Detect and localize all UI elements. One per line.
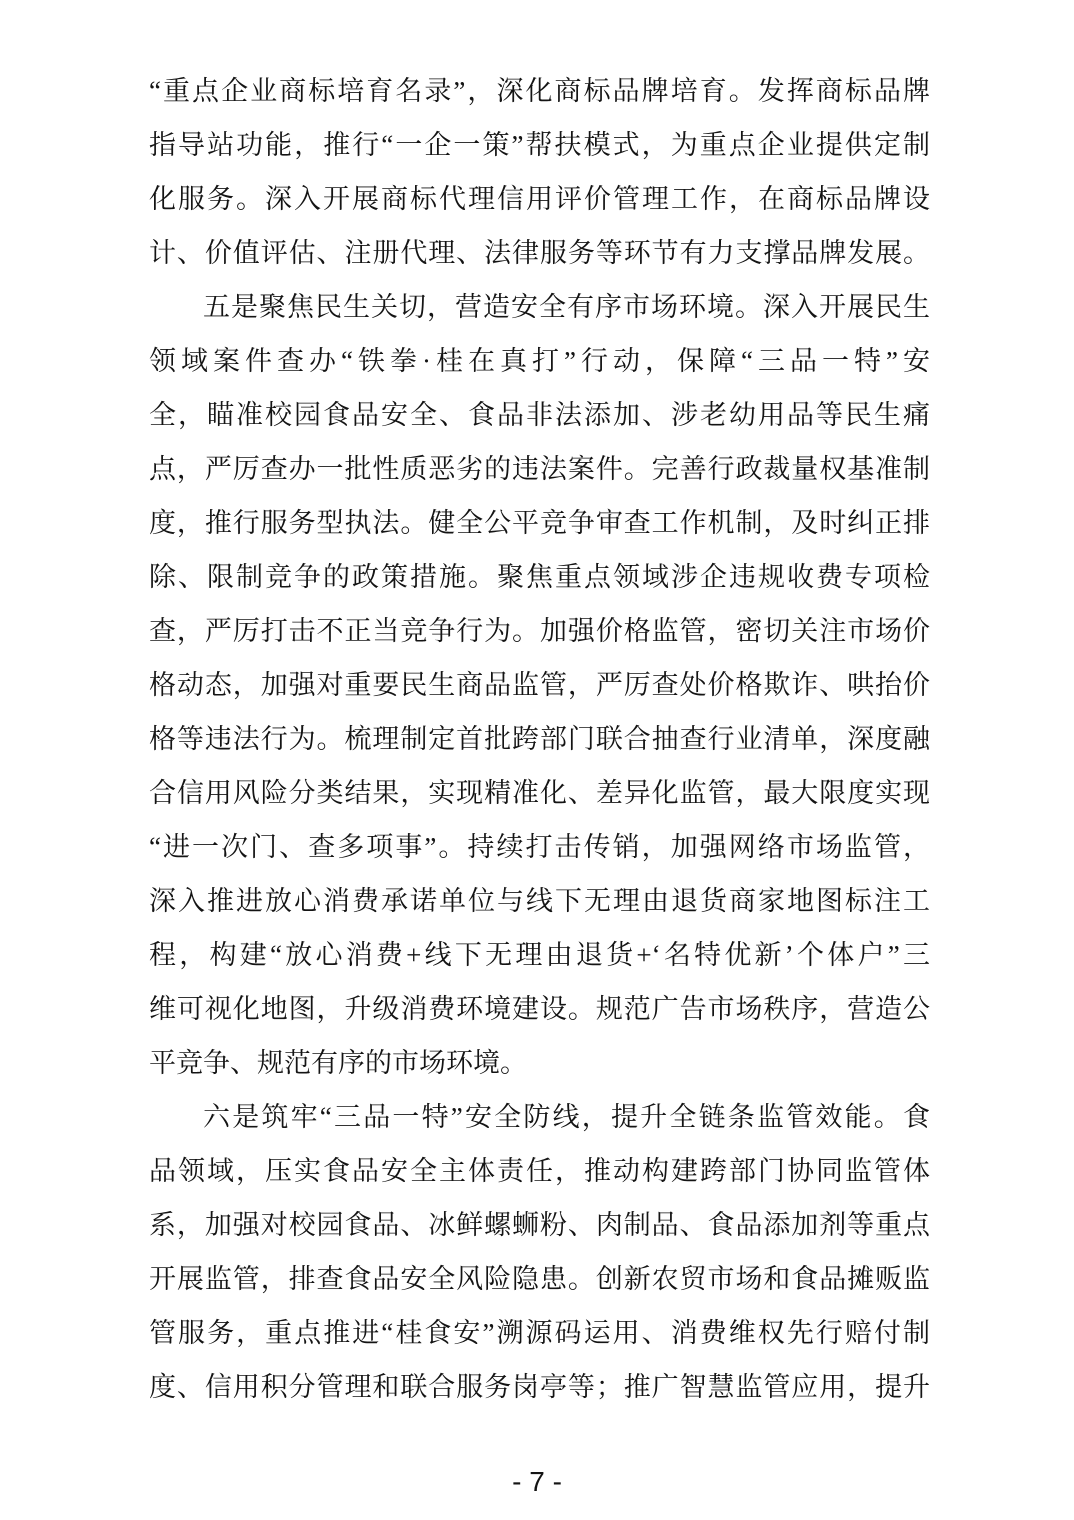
text-line: 系，加强对校园食品、冰鲜螺蛳粉、肉制品、食品添加剂等重点 xyxy=(149,1198,930,1252)
document-page: “重点企业商标培育名录”，深化商标品牌培育。发挥商标品牌指导站功能，推行“一企一… xyxy=(0,0,1074,1520)
page-footer: - 7 - xyxy=(0,1462,1074,1502)
text-line: 五是聚焦民生关切，营造安全有序市场环境。深入开展民生 xyxy=(149,280,930,334)
text-line: 平竞争、规范有序的市场环境。 xyxy=(149,1036,930,1090)
text-line: 领域案件查办“铁拳·桂在真打”行动，保障“三品一特”安 xyxy=(149,334,930,388)
text-line: 度、信用积分管理和联合服务岗亭等；推广智慧监管应用，提升 xyxy=(149,1360,930,1414)
text-line: 开展监管，排查食品安全风险隐患。创新农贸市场和食品摊贩监 xyxy=(149,1252,930,1306)
text-line: 查，严厉打击不正当竞争行为。加强价格监管，密切关注市场价 xyxy=(149,604,930,658)
text-line: 指导站功能，推行“一企一策”帮扶模式，为重点企业提供定制 xyxy=(149,118,930,172)
paragraph: 五是聚焦民生关切，营造安全有序市场环境。深入开展民生领域案件查办“铁拳·桂在真打… xyxy=(149,280,930,1090)
text-line: 管服务，重点推进“桂食安”溯源码运用、消费维权先行赔付制 xyxy=(149,1306,930,1360)
text-line: 除、限制竞争的政策措施。聚焦重点领域涉企违规收费专项检 xyxy=(149,550,930,604)
text-line: “重点企业商标培育名录”，深化商标品牌培育。发挥商标品牌 xyxy=(149,64,930,118)
text-line: “进一次门、查多项事”。持续打击传销，加强网络市场监管， xyxy=(149,820,930,874)
paragraph: “重点企业商标培育名录”，深化商标品牌培育。发挥商标品牌指导站功能，推行“一企一… xyxy=(149,64,930,280)
text-line: 品领域，压实食品安全主体责任，推动构建跨部门协同监管体 xyxy=(149,1144,930,1198)
text-line: 格等违法行为。梳理制定首批跨部门联合抽查行业清单，深度融 xyxy=(149,712,930,766)
paragraph: 六是筑牢“三品一特”安全防线，提升全链条监管效能。食品领域，压实食品安全主体责任… xyxy=(149,1090,930,1414)
page-number: - 7 - xyxy=(512,1466,562,1497)
text-line: 六是筑牢“三品一特”安全防线，提升全链条监管效能。食 xyxy=(149,1090,930,1144)
text-line: 点，严厉查办一批性质恶劣的违法案件。完善行政裁量权基准制 xyxy=(149,442,930,496)
text-line: 度，推行服务型执法。健全公平竞争审查工作机制，及时纠正排 xyxy=(149,496,930,550)
text-line: 全，瞄准校园食品安全、食品非法添加、涉老幼用品等民生痛 xyxy=(149,388,930,442)
text-line: 维可视化地图，升级消费环境建设。规范广告市场秩序，营造公 xyxy=(149,982,930,1036)
text-line: 深入推进放心消费承诺单位与线下无理由退货商家地图标注工 xyxy=(149,874,930,928)
document-text: “重点企业商标培育名录”，深化商标品牌培育。发挥商标品牌指导站功能，推行“一企一… xyxy=(149,64,930,1414)
text-line: 程，构建“放心消费+线下无理由退货+‘名特优新’个体户”三 xyxy=(149,928,930,982)
text-line: 化服务。深入开展商标代理信用评价管理工作，在商标品牌设 xyxy=(149,172,930,226)
text-line: 计、价值评估、注册代理、法律服务等环节有力支撑品牌发展。 xyxy=(149,226,930,280)
text-line: 合信用风险分类结果，实现精准化、差异化监管，最大限度实现 xyxy=(149,766,930,820)
text-line: 格动态，加强对重要民生商品监管，严厉查处价格欺诈、哄抬价 xyxy=(149,658,930,712)
